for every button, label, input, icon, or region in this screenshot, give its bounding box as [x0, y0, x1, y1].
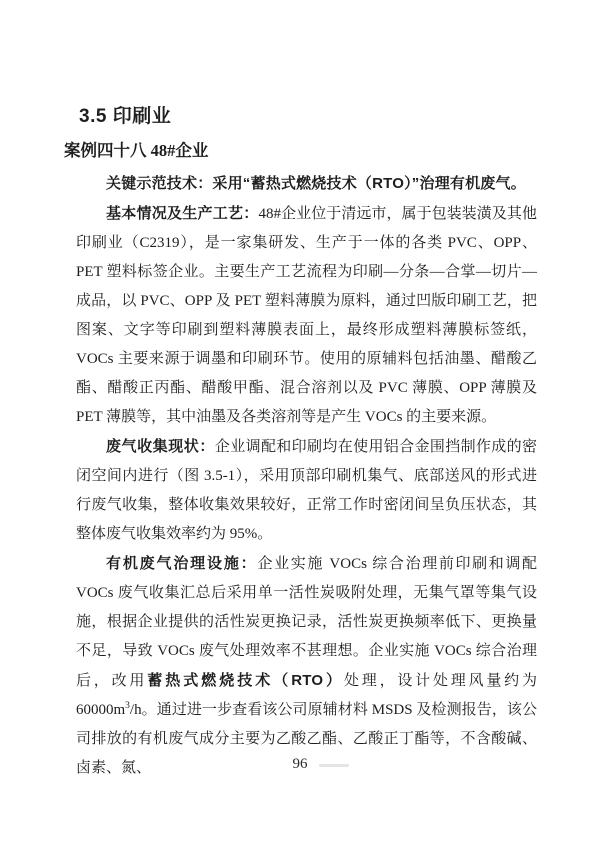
document-page: 3.5 印刷业 案例四十八 48#企业 关键示范技术：采用“蓄热式燃烧技术（RT…: [0, 0, 600, 848]
page-number: 96: [0, 754, 600, 774]
paragraph-key-demo-tech: 关键示范技术：采用“蓄热式燃烧技术（RTO）”治理有机废气。: [76, 169, 537, 199]
document-body: 关键示范技术：采用“蓄热式燃烧技术（RTO）”治理有机废气。 基本情况及生产工艺…: [76, 169, 537, 783]
section-heading: 3.5 印刷业: [79, 106, 537, 128]
paragraph-treatment-facility: 有机废气治理设施：企业实施 VOCs 综合治理前印刷和调配 VOCs 废气收集汇…: [76, 549, 537, 783]
paragraph-gas-collection-status: 废气收集现状：企业调配和印刷均在使用铝合金围挡制作成的密闭空间内进行（图 3.5…: [76, 432, 537, 549]
scan-smudge-artifact: [319, 764, 349, 767]
case-heading: 案例四十八 48#企业: [64, 141, 537, 161]
paragraph-basic-info-production: 基本情况及生产工艺：48#企业位于清远市，属于包装装潢及其他印刷业（C2319）…: [76, 199, 537, 432]
